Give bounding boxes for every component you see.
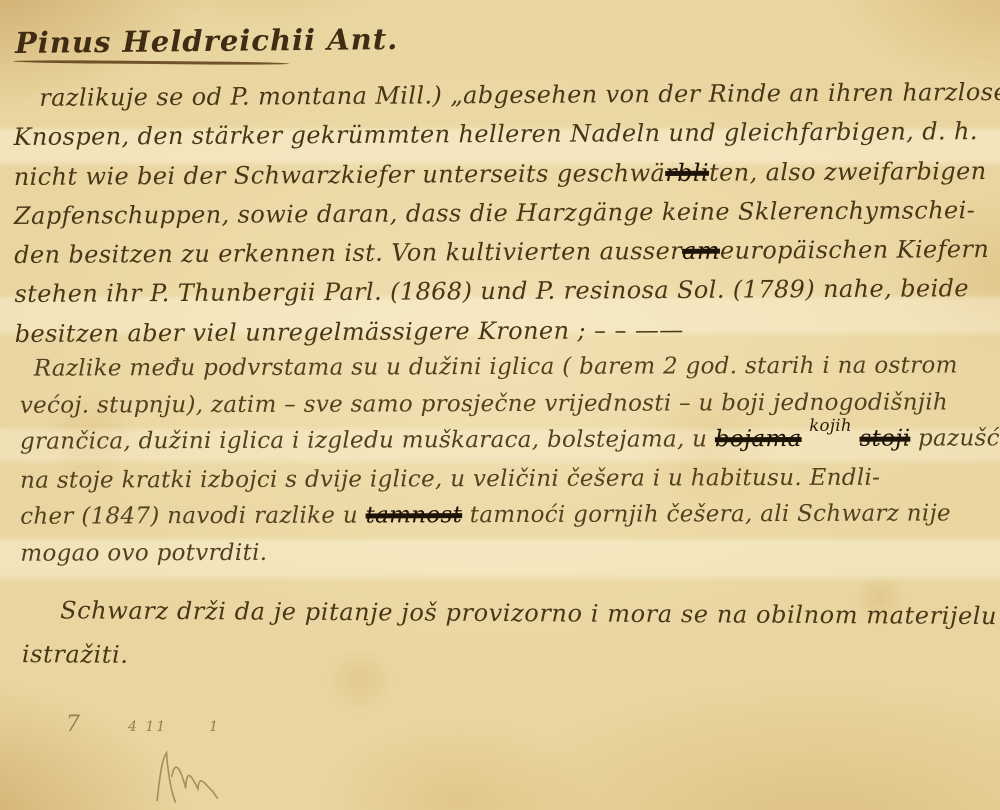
handwritten-line: Schwarz drži da je pitanje još provizorn…: [22, 588, 972, 638]
handwritten-line: nicht wie bei der Schwarzkiefer untersei…: [14, 152, 994, 197]
handwritten-line: cher (1847) navodi razlike u tamnost tam…: [20, 496, 990, 536]
text-segment: pazušći: [910, 425, 1000, 451]
handwritten-line: mogao ovo potvrditi.: [20, 532, 990, 572]
text-segment: Knospen, den stärker gekrümmten helleren…: [13, 117, 978, 151]
handwritten-line: na stoje kratki izbojci s dvije iglice, …: [20, 459, 990, 499]
text-segment: nicht wie bei der Schwarzkiefer untersei…: [14, 159, 666, 191]
pencil-notes: 74 111: [66, 712, 220, 737]
pencil-note: 1: [209, 719, 220, 735]
text-segment: Schwarz drži da je pitanje još provizorn…: [60, 596, 997, 630]
text-segment: istražiti.: [22, 640, 129, 669]
signature-scribble: [144, 739, 232, 810]
text-segment: na stoje kratki izbojci s dvije iglice, …: [20, 464, 880, 493]
handwritten-line: razlikuje se od P. montana Mill.) „abges…: [13, 73, 993, 118]
text-segment: grančica, dužini iglica i izgledu muškar…: [20, 426, 715, 454]
text-segment: razlikuje se od P. montana Mill.) „abges…: [39, 78, 1000, 112]
handwritten-line: stehen ihr P. Thunbergii Parl. (1868) un…: [14, 269, 994, 314]
text-segment: ten, also zweifarbigen: [709, 157, 987, 187]
pencil-note: 4 11: [128, 719, 167, 735]
crossed-out-text: rbli: [665, 158, 709, 186]
text-segment: Zapfenschuppen, sowie daran, dass die Ha…: [14, 196, 975, 230]
crossed-out-text: am: [682, 237, 720, 265]
inserted-word: kojih: [809, 416, 852, 435]
text-segment: [852, 426, 860, 452]
handwritten-line: den besitzen zu erkennen ist. Von kultiv…: [14, 230, 994, 275]
text-segment: besitzen aber viel unregelmässigere Kron…: [15, 316, 684, 348]
crossed-out-text: stoji: [859, 426, 910, 452]
document-title: Pinus Heldreichii Ant.: [15, 22, 399, 60]
handwritten-line: Knospen, den stärker gekrümmten helleren…: [13, 112, 993, 157]
handwritten-line: grančica, dužini iglica i izgledu muškar…: [20, 420, 990, 462]
text-segment: većoj. stupnju), zatim – sve samo prosje…: [20, 389, 948, 418]
pencil-note: 7: [66, 712, 82, 737]
manuscript-page: Pinus Heldreichii Ant. razlikuje se od P…: [0, 0, 1000, 810]
handwritten-line: Razlike među podvrstama su u dužini igli…: [20, 347, 990, 387]
crossed-out-text: tamnost: [366, 503, 463, 529]
text-segment: den besitzen zu erkennen ist. Von kultiv…: [14, 237, 682, 269]
text-segment: tamnoći gornjih češera, ali Schwarz nije: [462, 501, 951, 529]
title-underline: [13, 60, 289, 65]
paragraph-german-description: razlikuje se od P. montana Mill.) „abges…: [13, 73, 995, 354]
text-segment: Razlike među podvrstama su u dužini igli…: [34, 352, 958, 381]
text-segment: stehen ihr P. Thunbergii Parl. (1868) un…: [14, 275, 969, 309]
text-segment: cher (1847) navodi razlike u: [20, 503, 365, 530]
crossed-out-text: bojama: [715, 426, 802, 452]
text-segment: mogao ovo potvrditi.: [20, 540, 267, 567]
paragraph-closing-note: Schwarz drži da je pitanje još provizorn…: [22, 588, 973, 682]
paragraph-croatian-notes: Razlike među podvrstama su u dužini igli…: [20, 347, 991, 572]
text-segment: europäischen Kiefern: [720, 235, 989, 265]
handwritten-line: istražiti.: [22, 632, 972, 682]
handwritten-line: Zapfenschuppen, sowie daran, dass die Ha…: [14, 191, 994, 236]
